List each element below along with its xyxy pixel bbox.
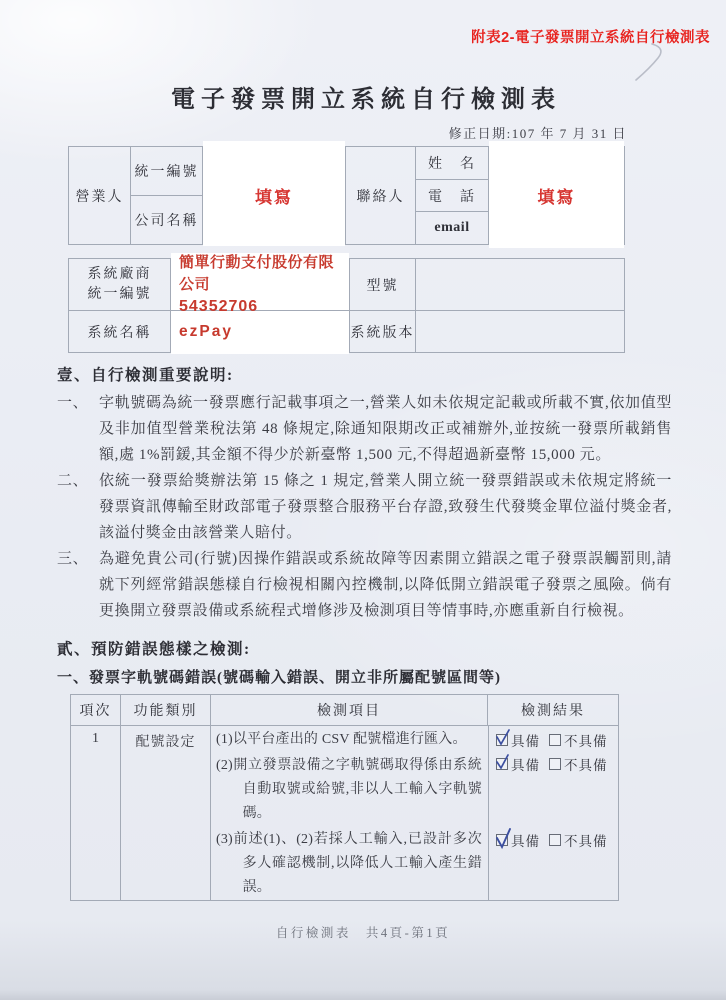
scanned-form-page: 附表2-電子發票開立系統自行檢測表 電子發票開立系統自行檢測表 修正日期:107… [0, 0, 726, 1000]
check-result-row: 具備 不具備 [496, 730, 618, 750]
vendor-uid-text: 54352706 [179, 296, 349, 318]
option-yes-label: 具備 [511, 730, 540, 750]
system-name-text: ezPay [179, 323, 233, 341]
checkbox-yes-checked[interactable] [496, 734, 508, 746]
contact-fill-field[interactable]: 填寫 [489, 147, 624, 244]
seller-fill-text: 填寫 [255, 183, 293, 208]
contact-group-label: 聯絡人 [346, 147, 416, 244]
contact-email-label: email [416, 212, 488, 244]
checkbox-yes-checked[interactable] [496, 834, 508, 846]
check-result-cell: 具備 不具備 [488, 826, 618, 900]
page-title: 電子發票開立系統自行檢測表 [0, 79, 726, 114]
option-no-label: 不具備 [564, 830, 608, 850]
appendix-note: 附表2-電子發票開立系統自行檢測表 [0, 26, 726, 47]
system-version-label: 系統版本 [350, 311, 416, 352]
col-header-item: 檢測項目 [211, 695, 488, 725]
section-two-heading: 貳、預防錯誤態樣之檢測: [57, 637, 672, 659]
checklist-header-row: 項次 功能類別 檢測項目 檢測結果 [71, 695, 618, 726]
vendor-name-text: 簡單行動支付股份有限公司 [179, 252, 349, 296]
note-item-3: 三、 為避免貴公司(行號)因操作錯誤或系統故障等因素開立錯誤之電子發票誤觸罰則,… [57, 546, 672, 624]
seller-uid-label: 統一編號 [131, 147, 202, 196]
item-text: 依統一發票給獎辦法第 15 條之 1 規定,營業人開立統一發票錯誤或未依規定將統… [99, 468, 672, 546]
seller-group-label: 營業人 [69, 147, 131, 244]
checkbox-no[interactable] [549, 834, 561, 846]
seller-fill-field[interactable]: 填寫 [203, 147, 346, 244]
item-text: 為避免貴公司(行號)因操作錯誤或系統故障等因素開立錯誤之電子發票誤觸罰則,請就下… [99, 546, 672, 624]
check-result-row: 具備 不具備 [496, 754, 618, 774]
note-item-1: 一、 字軌號碼為統一發票應行記載事項之一,營業人如未依規定記載或所載不實,依加值… [57, 390, 672, 468]
note-item-2: 二、 依統一發票給獎辦法第 15 條之 1 規定,營業人開立統一發票錯誤或未依規… [57, 468, 672, 546]
checkbox-yes-checked[interactable] [496, 758, 508, 770]
item-number: 一、 [57, 390, 99, 468]
system-name-label: 系統名稱 [69, 311, 171, 352]
checkbox-no[interactable] [549, 734, 561, 746]
check-result-cell: 具備 不具備 [488, 752, 618, 826]
system-vendor-table: 系統廠商統一編號 簡單行動支付股份有限公司 54352706 型號 系統名稱 e… [68, 258, 625, 353]
item-number: 三、 [57, 546, 99, 624]
vendor-uid-label: 系統廠商統一編號 [69, 259, 171, 310]
option-yes-label: 具備 [511, 754, 540, 774]
check-item-2: (2)開立發票設備之字軌號碼取得係由系統自動取號或給號,非以人工輸入字軌號碼。 … [211, 752, 618, 826]
model-label: 型號 [350, 259, 416, 310]
section-two-subheading: 一、發票字軌號碼錯誤(號碼輸入錯誤、開立非所屬配號區間等) [57, 666, 672, 687]
handwritten-squiggle [622, 42, 668, 84]
item-text: 字軌號碼為統一發票應行記載事項之一,營業人如未依規定記載或所載不實,依加值型及非… [99, 390, 672, 468]
seller-contact-table: 營業人 統一編號 公司名稱 填寫 聯絡人 姓 名 電 話 email 填寫 [68, 146, 625, 245]
checkbox-no[interactable] [549, 758, 561, 770]
system-version-field[interactable] [416, 311, 624, 352]
model-field[interactable] [416, 259, 624, 310]
row-index: 1 [71, 726, 121, 900]
check-item-text: (2)開立發票設備之字軌號碼取得係由系統自動取號或給號,非以人工輸入字軌號碼。 [211, 752, 488, 826]
check-item-text: (3)前述(1)、(2)若採人工輸入,已設計多次多人確認機制,以降低人工輸入產生… [211, 826, 488, 900]
checklist-row-1: 1 配號設定 (1)以平台產出的 CSV 配號檔進行匯入。 具備 不具備 [71, 726, 618, 900]
check-result-row: 具備 不具備 [496, 830, 618, 850]
item-number: 二、 [57, 468, 99, 546]
revision-date: 修正日期:107 年 7 月 31 日 [0, 123, 726, 142]
page-footer: 自行檢測表 共4頁-第1頁 [0, 923, 726, 941]
section-one: 壹、自行檢測重要說明: 一、 字軌號碼為統一發票應行記載事項之一,營業人如未依規… [57, 363, 672, 687]
vendor-uid-field[interactable]: 簡單行動支付股份有限公司 54352706 [171, 259, 350, 310]
col-header-index: 項次 [71, 695, 121, 725]
option-yes-label: 具備 [511, 830, 540, 850]
row-category: 配號設定 [121, 726, 211, 900]
check-item-text: (1)以平台產出的 CSV 配號檔進行匯入。 [211, 726, 488, 752]
option-no-label: 不具備 [564, 754, 608, 774]
option-no-label: 不具備 [564, 730, 608, 750]
contact-fill-text: 填寫 [538, 183, 576, 208]
check-result-cell: 具備 不具備 [488, 726, 618, 752]
contact-name-label: 姓 名 [416, 147, 488, 180]
check-item-3: (3)前述(1)、(2)若採人工輸入,已設計多次多人確認機制,以降低人工輸入產生… [211, 826, 618, 900]
col-header-result: 檢測結果 [488, 695, 618, 725]
seller-company-label: 公司名稱 [131, 196, 202, 244]
col-header-category: 功能類別 [121, 695, 211, 725]
section-one-heading: 壹、自行檢測重要說明: [57, 363, 672, 385]
contact-phone-label: 電 話 [416, 180, 488, 213]
checklist-table: 項次 功能類別 檢測項目 檢測結果 1 配號設定 (1)以平台產出的 CSV 配… [70, 694, 619, 901]
check-item-1: (1)以平台產出的 CSV 配號檔進行匯入。 具備 不具備 [211, 726, 618, 752]
